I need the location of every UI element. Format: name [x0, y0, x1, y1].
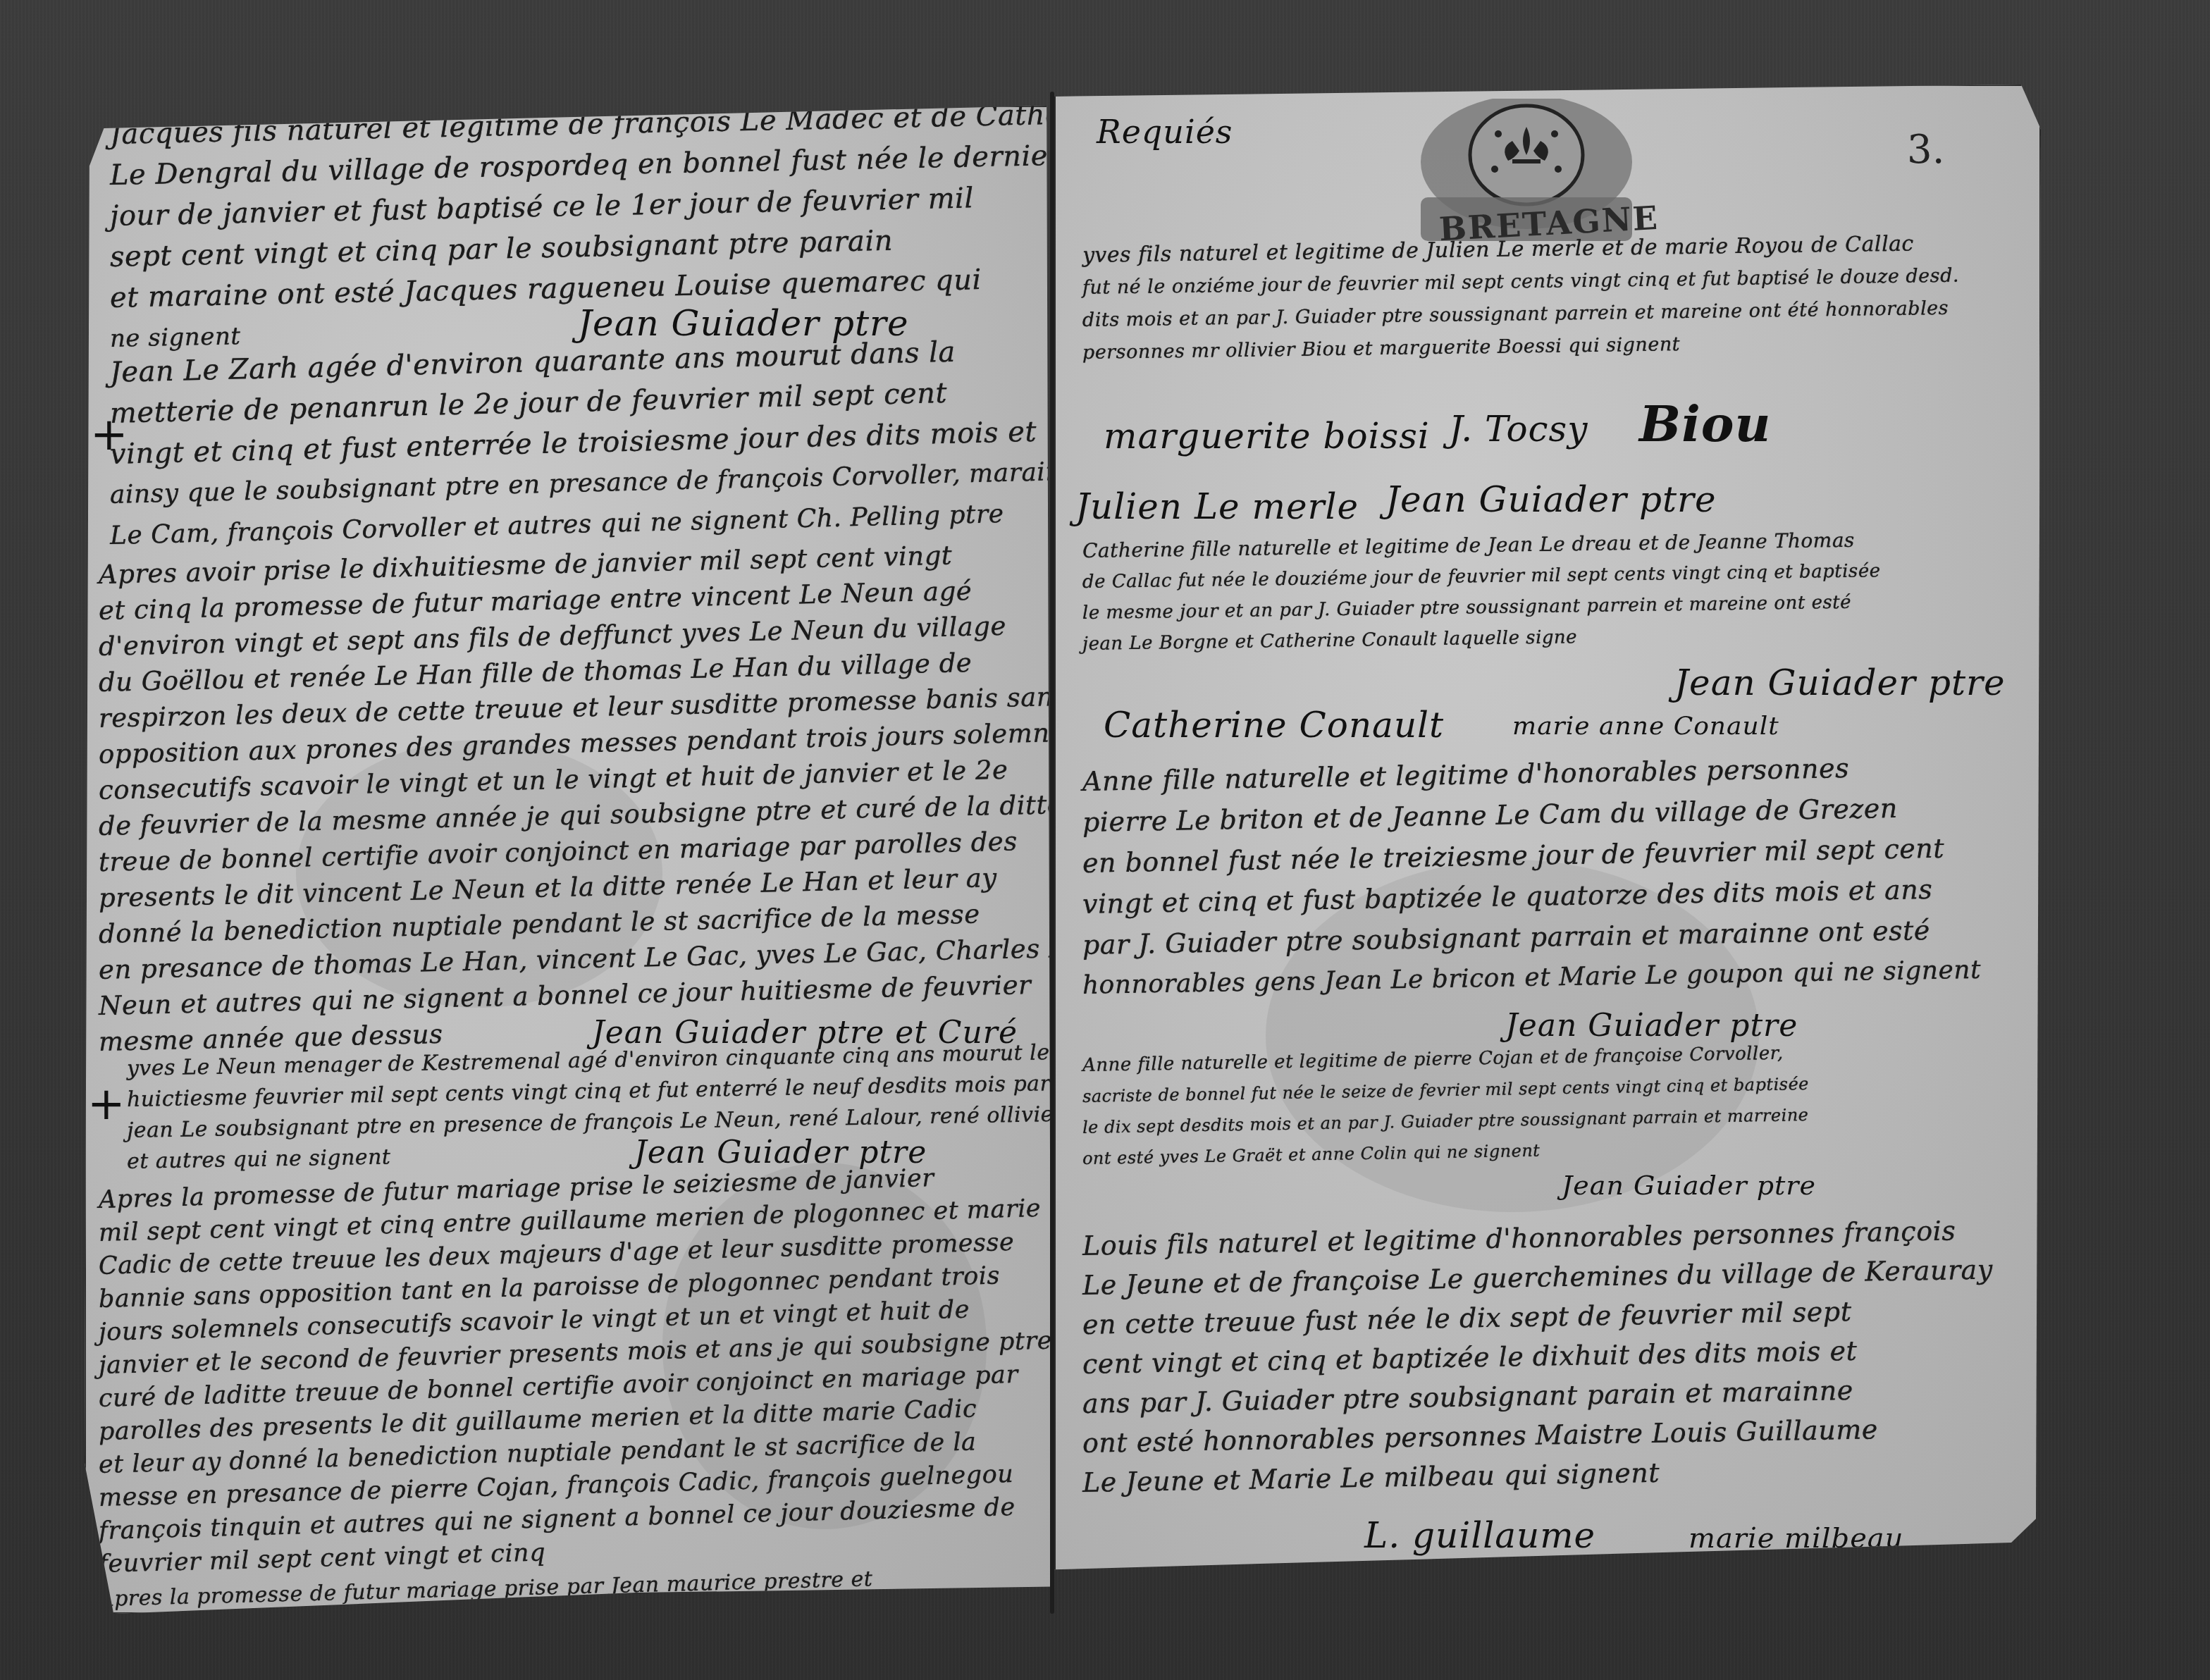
register-entry-baptism-yves: yves fils naturel et legitime de Julien …: [1082, 240, 2041, 369]
right-page: Requiés BRETAGNE 3. yves fils naturel et…: [1054, 85, 2041, 1579]
burial-cross-icon: +: [87, 1078, 125, 1130]
register-entry-burial-jean: Jean Le Zarh agée d'environ quarante ans…: [110, 352, 1051, 557]
margin-note: Requiés: [1097, 113, 1233, 151]
register-entry-baptism-louis: Louis fils naturel et legitime d'honnora…: [1082, 1226, 2041, 1502]
page-number: 3.: [1907, 127, 1944, 173]
page-gutter: [1050, 92, 1054, 1614]
father-signature: Julien Le merle: [1075, 486, 1359, 527]
register-entry-marriage-le-neun: Apres avoir prise le dixhuitiesme de jan…: [99, 557, 1051, 1060]
priest-signature: Jean Guiader ptre: [1562, 1170, 1816, 1201]
register-entry-marriage-merien: Apres la promesse de futur mariage prise…: [99, 1184, 1051, 1581]
godfather-signature: L. guillaume: [1364, 1515, 1595, 1556]
godfather-signature: Biou: [1639, 395, 1771, 453]
godmother-signature: Catherine Conault: [1104, 705, 1444, 746]
register-entry-baptism-anne-briton: Anne fille naturelle et legitime d'honor…: [1082, 761, 2041, 1006]
godmother-signature: marguerite boissi: [1104, 416, 1430, 457]
priest-signature: Jean Guiader ptre: [1385, 479, 1716, 520]
priest-signature: Jean Guiader ptre: [1674, 662, 2005, 703]
left-page: Jacques fils naturel et legitime de fran…: [85, 106, 1051, 1614]
witness-signature: marie anne Conault: [1512, 712, 1779, 741]
register-entry-baptism-anne-cojan: Anne fille naturelle et legitime de pier…: [1082, 1050, 2041, 1174]
register-entry-baptism-catherine: Catherine fille naturelle et legitime de…: [1082, 536, 2041, 660]
page-continuation: Jean Guiader ptre. anne le guiader Josep…: [1082, 1494, 2027, 1495]
witness-signature: J. Tocsy: [1449, 409, 1588, 450]
